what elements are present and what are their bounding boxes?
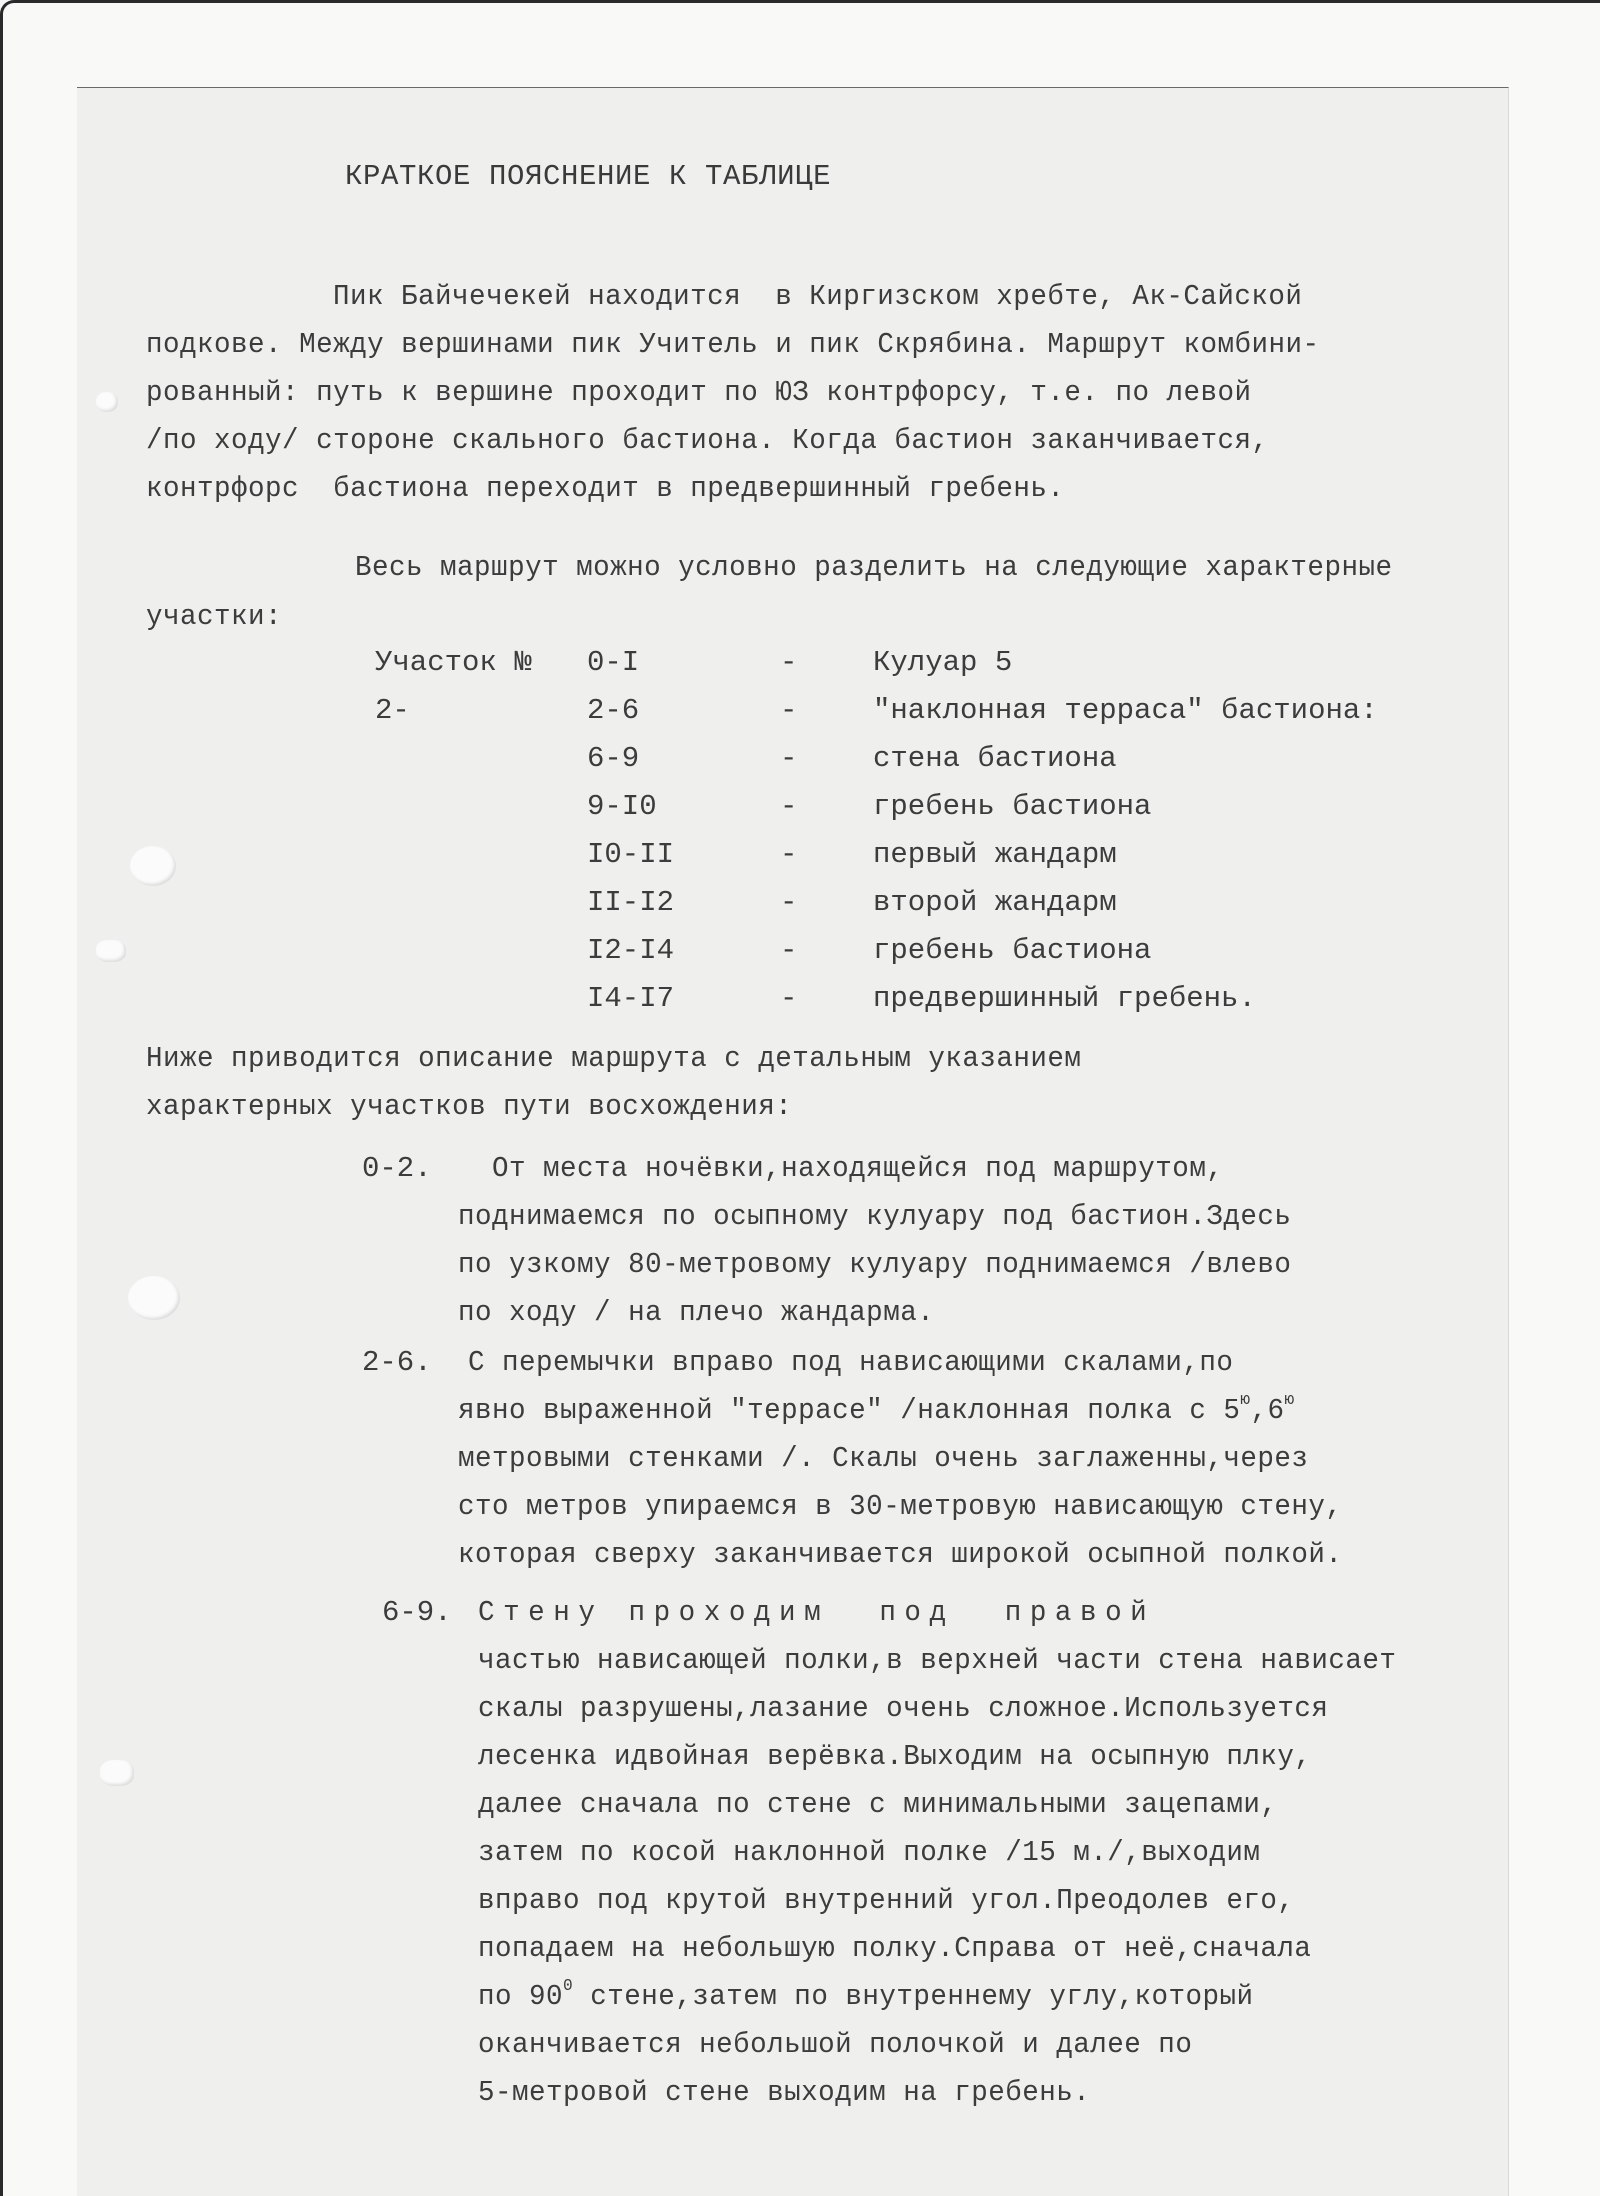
punch-hole — [130, 846, 176, 886]
section-range: 0-I — [587, 648, 639, 677]
step-range: 6-9. — [382, 1598, 452, 1627]
step-line: оканчивается небольшой полочкой и далее … — [478, 2030, 1192, 2059]
section-dash: - — [780, 984, 797, 1013]
section-description: Кулуар 5 — [873, 648, 1012, 677]
step-line: От места ночёвки,находящейся под маршрут… — [492, 1154, 1223, 1183]
intro-line: Пик Байчечекей находится в Киргизском хр… — [333, 282, 1302, 311]
step-line: затем по косой наклонной полке /15 м./,в… — [478, 1838, 1260, 1867]
punch-hole — [96, 940, 126, 962]
document-title: КРАТКОЕ ПОЯСНЕНИЕ К ТАБЛИЦЕ — [345, 160, 831, 193]
step-line: вправо под крутой внутренний угол.Преодо… — [478, 1886, 1294, 1915]
step-range: 0-2. — [362, 1154, 432, 1183]
section-description: гребень бастиона — [873, 936, 1151, 965]
intro-line: /по ходу/ стороне скального бастиона. Ко… — [146, 426, 1269, 455]
step-line: сто метров упираемся в 30-метровую навис… — [458, 1492, 1342, 1521]
step-line: 5-метровой стене выходим на гребень. — [478, 2078, 1090, 2107]
description-intro-line: характерных участков пути восхождения: — [146, 1092, 792, 1121]
section-description: стена бастиона — [873, 744, 1117, 773]
step-line: явно выраженной "террасе" /наклонная пол… — [458, 1396, 1295, 1425]
section-description: гребень бастиона — [873, 792, 1151, 821]
section-range: 9-I0 — [587, 792, 657, 821]
section-dash: - — [780, 792, 797, 821]
step-line: которая сверху заканчивается широкой осы… — [458, 1540, 1342, 1569]
section-dash: - — [780, 936, 797, 965]
section-range: I4-I7 — [587, 984, 674, 1013]
punch-hole — [100, 1760, 134, 1786]
section-dash: - — [780, 744, 797, 773]
sections-label: Участок № — [375, 648, 532, 677]
description-intro-line: Ниже приводится описание маршрута с дета… — [146, 1044, 1081, 1073]
intro-line: рованный: путь к вершине проходит по ЮЗ … — [146, 378, 1252, 407]
section-range: I0-II — [587, 840, 674, 869]
step-line: поднимаемся по осыпному кулуару под баст… — [458, 1202, 1291, 1231]
section-description: первый жандарм — [873, 840, 1117, 869]
step-line: по 900 стене,затем по внутреннему углу,к… — [478, 1982, 1254, 2011]
section-range: I2-I4 — [587, 936, 674, 965]
section-description: предвершинный гребень. — [873, 984, 1256, 1013]
section-dash: - — [780, 840, 797, 869]
section-group: 2- — [375, 696, 410, 725]
step-range: 2-6. — [362, 1348, 432, 1377]
section-range: 2-6 — [587, 696, 639, 725]
section-dash: - — [780, 888, 797, 917]
step-line: Стену проходим под правой — [478, 1598, 1155, 1627]
division-line: Весь маршрут можно условно разделить на … — [355, 553, 1392, 582]
section-dash: - — [780, 648, 797, 677]
section-dash: - — [780, 696, 797, 725]
division-line: участки: — [146, 602, 282, 631]
step-line: частью нависающей полки,в верхней части … — [478, 1646, 1396, 1675]
step-line: лесенка идвойная верёвка.Выходим на осып… — [478, 1742, 1311, 1771]
step-line: метровыми стенками /. Скалы очень заглаж… — [458, 1444, 1308, 1473]
section-description: второй жандарм — [873, 888, 1117, 917]
step-line: по ходу / на плечо жандарма. — [458, 1298, 934, 1327]
section-description: "наклонная терраса" бастиона: — [873, 696, 1378, 725]
step-line: скалы разрушены,лазание очень сложное.Ис… — [478, 1694, 1328, 1723]
section-range: II-I2 — [587, 888, 674, 917]
step-line: С перемычки вправо под нависающими скала… — [468, 1348, 1233, 1377]
section-range: 6-9 — [587, 744, 639, 773]
punch-hole — [96, 392, 118, 412]
step-line: попадаем на небольшую полку.Справа от не… — [478, 1934, 1311, 1963]
punch-hole — [128, 1276, 180, 1320]
step-line: далее сначала по стене с минимальными за… — [478, 1790, 1277, 1819]
step-line: по узкому 80-метровому кулуару поднимаем… — [458, 1250, 1291, 1279]
intro-line: подкове. Между вершинами пик Учитель и п… — [146, 330, 1320, 359]
intro-line: контрфорс бастиона переходит в предверши… — [146, 474, 1064, 503]
